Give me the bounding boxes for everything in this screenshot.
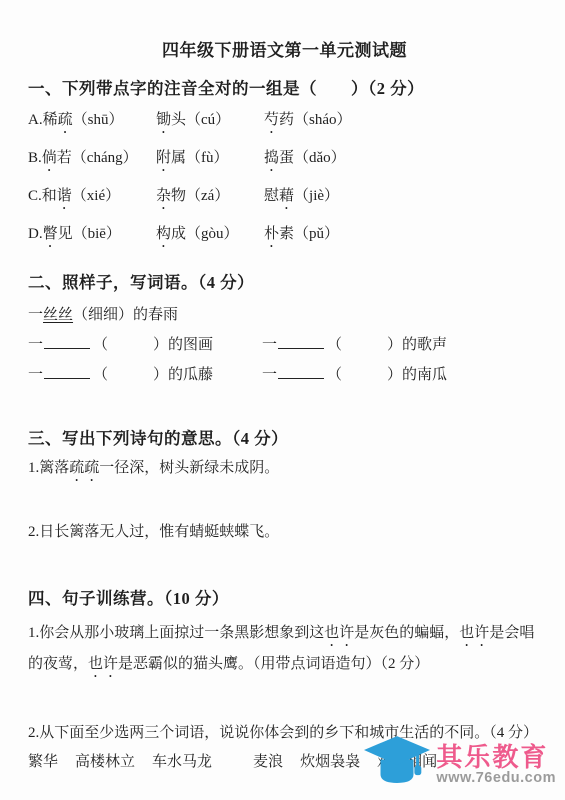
- option-cell: A.稀疏（shū）: [28, 110, 156, 137]
- brand-logo: 其乐教育 www.76edu.com: [364, 736, 556, 795]
- fill-row-1: 一（ ）的图画 一（ ）的歌声: [28, 335, 541, 355]
- fill-blank-item: 一（ ）的瓜藤: [28, 365, 262, 385]
- graduation-cap-icon: [364, 736, 430, 795]
- section-4-heading: 四、句子训练营。（10 分）: [28, 585, 541, 609]
- poem-line-2: 2.日长篱落无人过，惟有蜻蜓蛱蝶飞。: [28, 522, 541, 542]
- option-cell: 杂物（zá）: [156, 186, 264, 213]
- brand-name: 其乐教育: [436, 744, 556, 770]
- section-3-heading: 三、写出下列诗句的意思。（4 分）: [28, 425, 541, 449]
- test-paper: 四年级下册语文第一单元测试题 一、下列带点字的注音全对的一组是（ ）（2 分） …: [0, 0, 565, 772]
- fill-blank-item: 一（ ）的图画: [28, 335, 262, 355]
- page-title: 四年级下册语文第一单元测试题: [28, 36, 541, 61]
- option-cell: 锄头（cú）: [156, 110, 264, 137]
- option-row-a: A.稀疏（shū） 锄头（cú） 芍药（sháo）: [28, 110, 541, 137]
- example-line: 一丝丝（细细）的春雨: [28, 305, 541, 325]
- fill-blank-item: 一（ ）的南瓜: [262, 365, 541, 385]
- option-cell: C.和谐（xié）: [28, 186, 156, 213]
- fill-row-2: 一（ ）的瓜藤 一（ ）的南瓜: [28, 365, 541, 385]
- brand-text: 其乐教育 www.76edu.com: [436, 744, 556, 787]
- brand-url: www.76edu.com: [436, 770, 556, 787]
- sentence-question-1: 1.你会从那小玻璃上面掠过一条黑影想象到这也许是灰色的蝙蝠，也许是会唱的夜莺，也…: [28, 619, 541, 681]
- option-cell: 慰藉（jiè）: [264, 186, 541, 213]
- option-cell: D.瞥见（biē）: [28, 224, 156, 251]
- option-row-d: D.瞥见（biē） 构成（gòu） 朴素（pǔ）: [28, 224, 541, 251]
- option-row-c: C.和谐（xié） 杂物（zá） 慰藉（jiè）: [28, 186, 541, 213]
- section-1-heading: 一、下列带点字的注音全对的一组是（ ）（2 分）: [28, 75, 541, 99]
- poem-line-1: 1.篱落疏疏一径深，树头新绿未成阴。: [28, 458, 541, 485]
- option-cell: 朴素（pǔ）: [264, 224, 541, 251]
- option-cell: B.倘若（cháng）: [28, 148, 156, 175]
- option-cell: 捣蛋（dǎo）: [264, 148, 541, 175]
- option-row-b: B.倘若（cháng） 附属（fù） 捣蛋（dǎo）: [28, 148, 541, 175]
- option-cell: 构成（gòu）: [156, 224, 264, 251]
- option-cell: 芍药（sháo）: [264, 110, 541, 137]
- option-cell: 附属（fù）: [156, 148, 264, 175]
- fill-blank-item: 一（ ）的歌声: [262, 335, 541, 355]
- section-2-heading: 二、照样子，写词语。（4 分）: [28, 269, 541, 293]
